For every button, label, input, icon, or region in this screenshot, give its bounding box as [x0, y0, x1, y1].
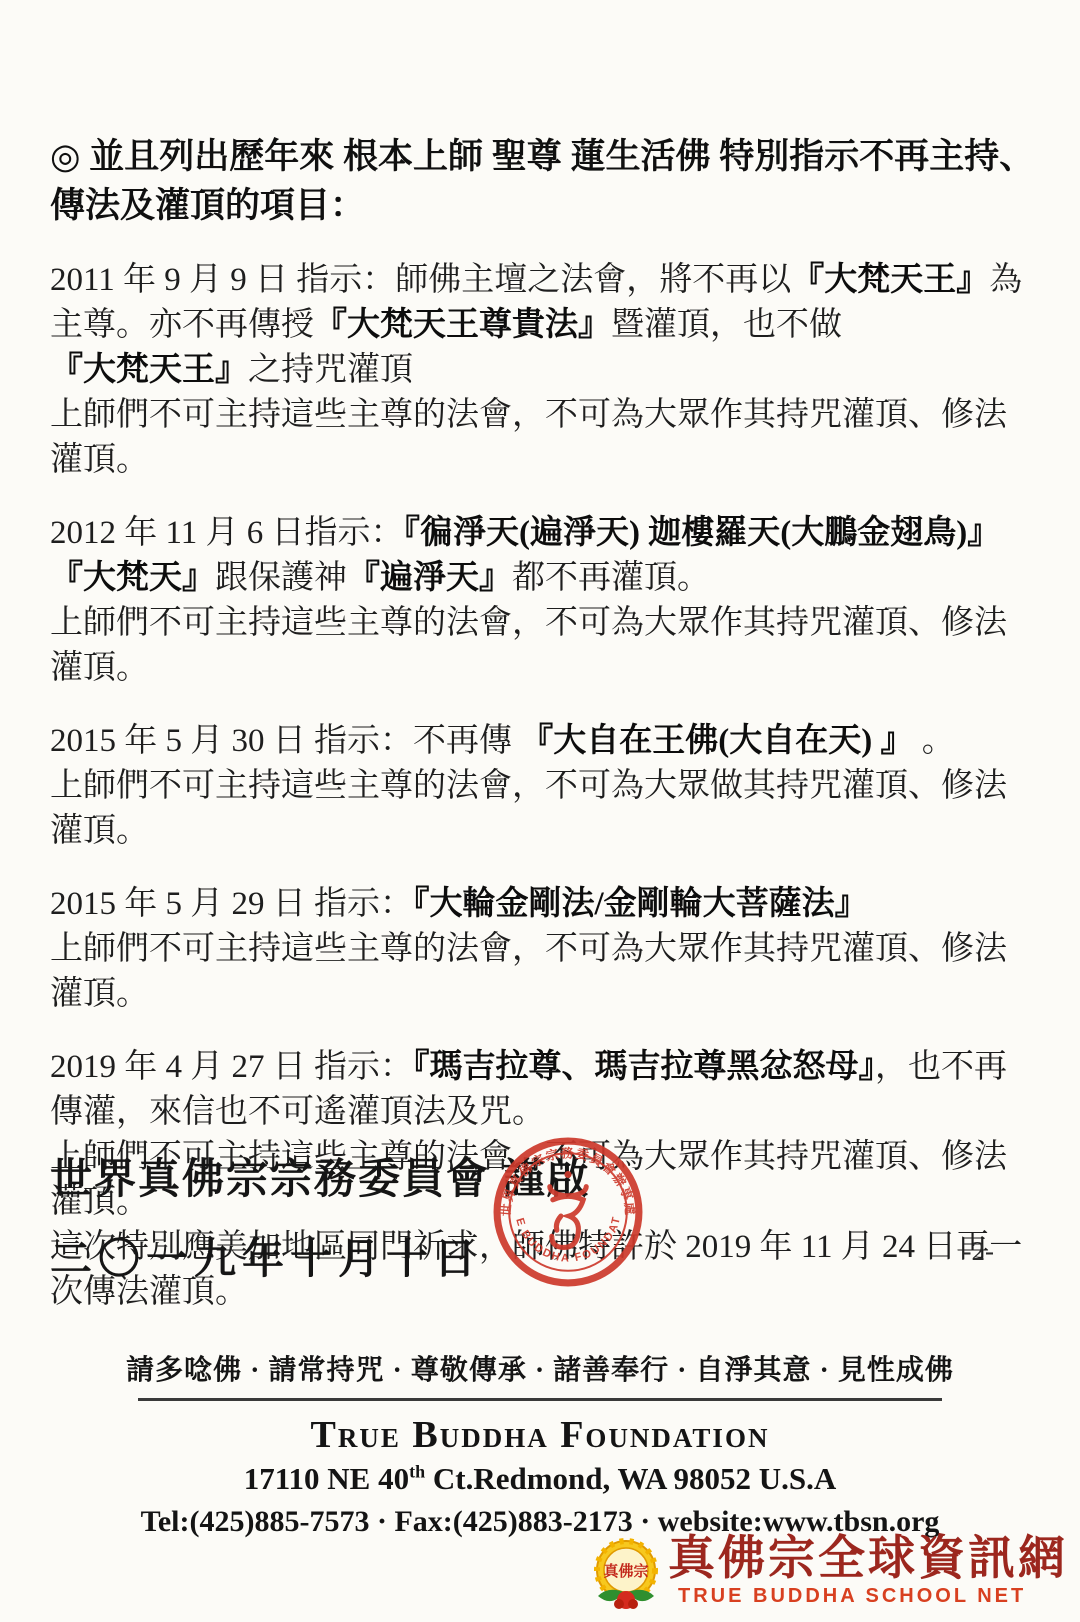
document-page: ◎ 並且列出歷年來 根本上師 聖尊 蓮生活佛 特別指示不再主持、傳法及灌頂的項目… — [0, 0, 1080, 1622]
directive: 2015 年 5 月 29 日 指示：『大輪金剛法/金剛輪大菩薩法』上師們不可主… — [50, 882, 1035, 1017]
directive: 2012 年 11 月 6 日指示：『徧淨天(遍淨天) 迦樓羅天(大鵬金翅鳥)』… — [50, 511, 1035, 691]
directive-line: 上師們不可主持這些主尊的法會，不可為大眾作其持咒灌頂、修法灌頂。 — [50, 927, 1035, 1017]
tbsn-logo-chinese: 真佛宗全球資訊網 — [668, 1534, 1068, 1584]
text-segment: 『遍淨天』 — [347, 560, 512, 596]
foundation-seal-stamp: 世界真佛宗宗務委員會辦事處 TRUE BUDDHA FOUNDATION — [492, 1136, 644, 1288]
text-segment: 上師們不可主持這些主尊的法會，不可為大眾做其持咒灌頂、修法灌頂。 — [50, 768, 1007, 849]
letterhead-footer: 請多唸佛 · 請常持咒 · 尊敬傳承 · 諸善奉行 · 自淨其意 · 見性成佛 … — [0, 1348, 1080, 1539]
text-segment: 『大梵天王尊貴法』 — [314, 307, 611, 343]
directive-line: 2015 年 5 月 29 日 指示：『大輪金剛法/金剛輪大菩薩法』 — [50, 882, 1035, 927]
text-segment: 跟保護神 — [215, 560, 347, 596]
tbsn-logo: 真佛宗 真佛宗全球資訊網 TRUE BUDDHA SCHOOL NET — [590, 1534, 1068, 1622]
text-segment: 之持咒灌頂 — [248, 352, 413, 388]
emblem-characters: 真佛宗 — [603, 1562, 648, 1580]
directive-line: 上師們不可主持這些主尊的法會，不可為大眾作其持咒灌頂、修法灌頂。 — [50, 601, 1035, 691]
text-segment: 上師們不可主持這些主尊的法會，不可為大眾作其持咒灌頂、修法灌頂。 — [50, 397, 1007, 478]
text-segment: 2019 年 4 月 27 日 指示： — [50, 1049, 413, 1085]
text-segment: 上師們不可主持這些主尊的法會，不可為大眾作其持咒灌頂、修法灌頂。 — [50, 931, 1007, 1012]
seed-syllable-hum-icon — [550, 1171, 586, 1248]
directive-line: 2015 年 5 月 30 日 指示：不再傳 『大自在王佛(大自在天) 』 。 — [50, 719, 1035, 764]
text-segment: 。 — [913, 723, 954, 759]
tbsn-logo-text: 真佛宗全球資訊網 TRUE BUDDHA SCHOOL NET — [668, 1534, 1068, 1608]
text-segment: 都不再灌頂。 — [512, 560, 710, 596]
text-segment: 2011 年 9 月 9 日 指示：師佛主壇之法會，將不再以 — [50, 262, 791, 298]
address-line: 17110 NE 40th Ct.Redmond, WA 98052 U.S.A — [0, 1461, 1080, 1497]
text-segment: 『大梵天王』 — [50, 352, 248, 388]
address-ordinal-suffix: th — [409, 1462, 425, 1482]
address-city: Ct.Redmond, WA 98052 U.S.A — [425, 1461, 836, 1496]
directive-line: 上師們不可主持這些主尊的法會，不可為大眾作其持咒灌頂、修法灌頂。 — [50, 393, 1035, 483]
directive-line: 2019 年 4 月 27 日 指示：『瑪吉拉尊、瑪吉拉尊黑忿怒母』，也不再傳灌… — [50, 1045, 1035, 1135]
divider-line — [138, 1398, 942, 1401]
directive-line: 上師們不可主持這些主尊的法會，不可為大眾做其持咒灌頂、修法灌頂。 — [50, 764, 1035, 854]
text-segment: 2015 年 5 月 30 日 指示：不再傳 — [50, 723, 520, 759]
page-number: -2- — [963, 1236, 994, 1267]
directive: 2015 年 5 月 30 日 指示：不再傳 『大自在王佛(大自在天) 』 。上… — [50, 719, 1035, 854]
directive: 2011 年 9 月 9 日 指示：師佛主壇之法會，將不再以『大梵天王』為主尊。… — [50, 258, 1035, 483]
directive-line: 2011 年 9 月 9 日 指示：師佛主壇之法會，將不再以『大梵天王』為主尊。… — [50, 258, 1035, 393]
text-segment: 『瑪吉拉尊、瑪吉拉尊黑忿怒母』 — [413, 1049, 875, 1085]
text-segment: 2012 年 11 月 6 日指示： — [50, 515, 404, 551]
text-segment: 『大梵天王』 — [791, 262, 989, 298]
text-segment: 『大輪金剛法/金剛輪大菩薩法』 — [413, 886, 868, 922]
directive-line: 2012 年 11 月 6 日指示：『徧淨天(遍淨天) 迦樓羅天(大鵬金翅鳥)』… — [50, 511, 1035, 601]
foundation-name: True Buddha Foundation — [0, 1413, 1080, 1457]
section-heading: ◎ 並且列出歷年來 根本上師 聖尊 蓮生活佛 特別指示不再主持、傳法及灌頂的項目… — [50, 132, 1035, 230]
text-segment: 『大自在王佛(大自在天) 』 — [520, 723, 913, 759]
text-segment: 2015 年 5 月 29 日 指示： — [50, 886, 413, 922]
tbsn-emblem-icon: 真佛宗 — [590, 1538, 662, 1622]
motto-line: 請多唸佛 · 請常持咒 · 尊敬傳承 · 諸善奉行 · 自淨其意 · 見性成佛 — [0, 1348, 1080, 1388]
text-segment: 上師們不可主持這些主尊的法會，不可為大眾作其持咒灌頂、修法灌頂。 — [50, 605, 1007, 686]
tbsn-logo-english: TRUE BUDDHA SCHOOL NET — [678, 1585, 1068, 1608]
address-street: 17110 NE 40 — [244, 1461, 409, 1496]
text-segment: 暨灌頂，也不做 — [611, 307, 842, 343]
